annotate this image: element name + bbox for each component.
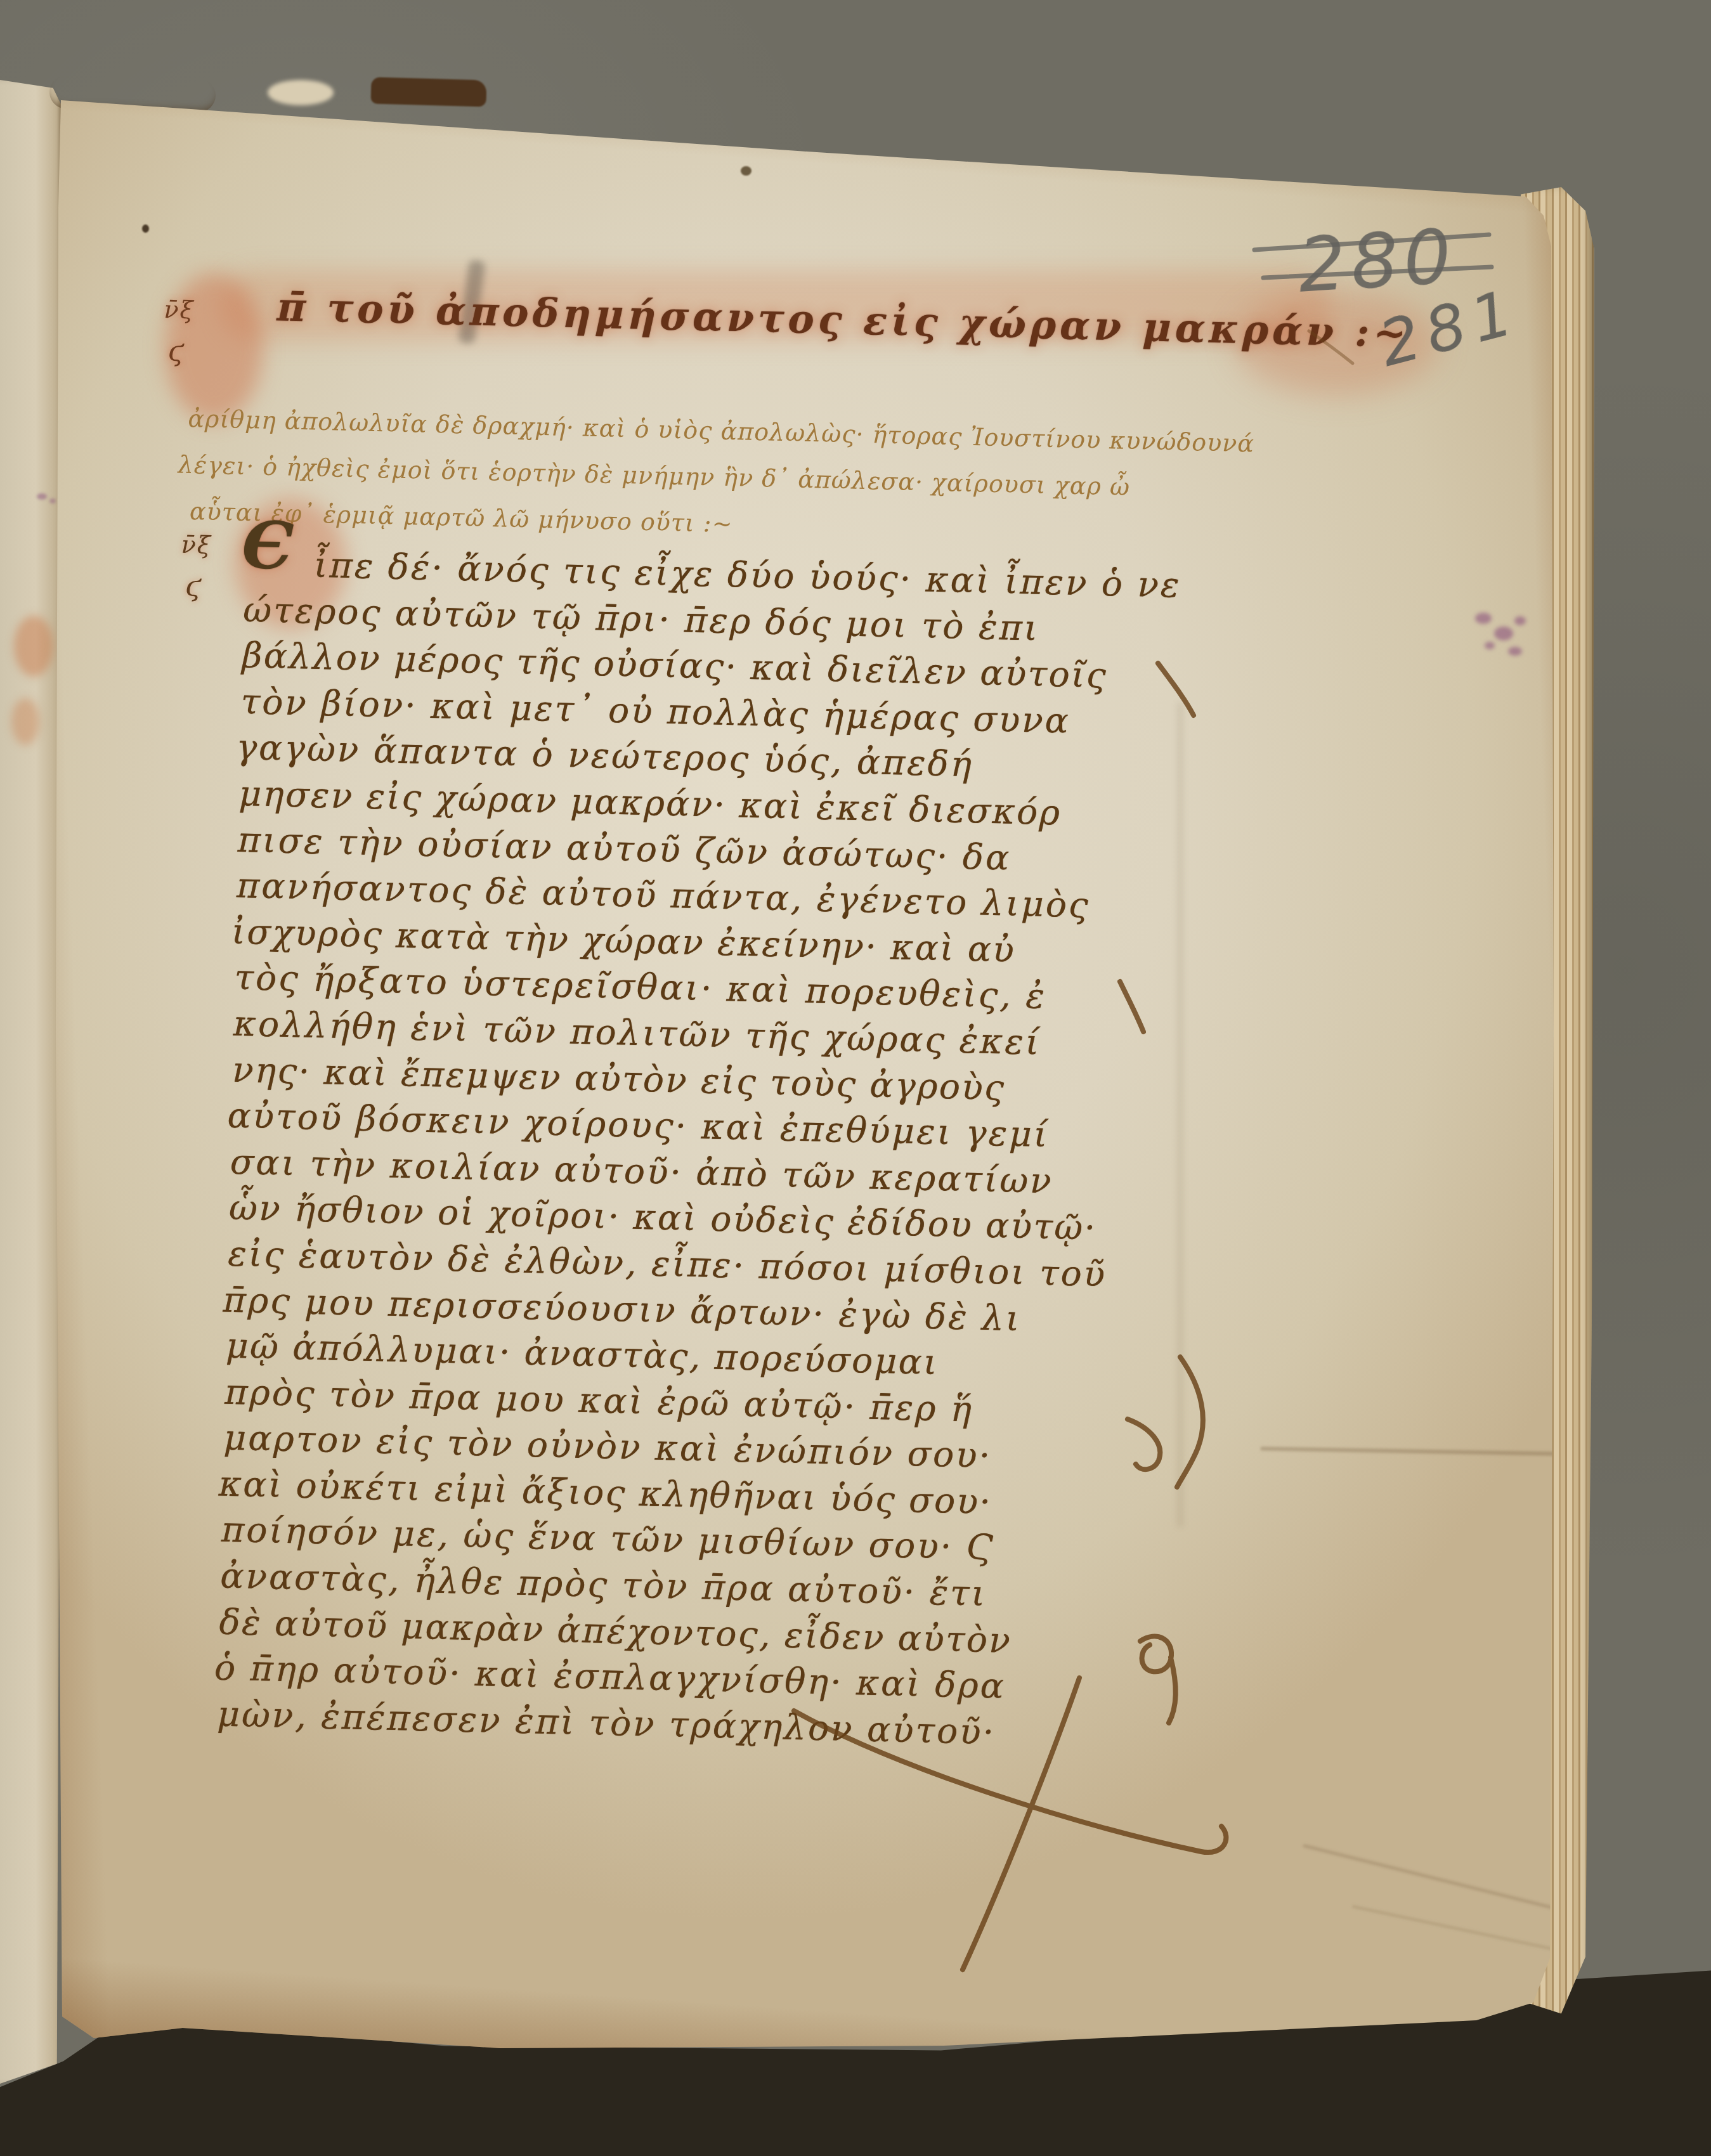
purple-stain	[37, 493, 47, 500]
facing-page-edge	[0, 80, 65, 2084]
chapter-mark-body: ν̄ξ ϛ	[179, 524, 212, 608]
chapter-mark-bottom: ϛ	[162, 330, 194, 373]
leather-tab	[370, 77, 486, 107]
frayed-thread	[268, 80, 334, 105]
stain	[14, 616, 53, 677]
purple-stain	[49, 498, 56, 503]
rubric-title: π̄ τοῦ ἀποδημήσαντος εἰς χώραν μακράν :~	[276, 283, 1410, 356]
body-text-block: ἶπε δέ· ἄνός τις εἶχε δύο ὑούς· καὶ ἶπεν…	[217, 540, 1182, 1759]
chapter-mark-bottom: ϛ	[179, 566, 211, 608]
chapter-mark-top: ν̄ξ	[181, 524, 212, 566]
stain	[11, 698, 39, 745]
marginal-scholion: ἀρίθμη ἀπολωλυῖα δὲ δραχμή· καὶ ὁ υἱὸς ἀ…	[185, 396, 1255, 560]
manuscript-photo: 280 281 ν̄ξ ϛ π̄ τοῦ ἀποδημήσαντος εἰς χ…	[0, 0, 1711, 2156]
manuscript-page: 280 281 ν̄ξ ϛ π̄ τοῦ ἀποδημήσαντος εἰς χ…	[56, 81, 1591, 2072]
chapter-mark-title: ν̄ξ ϛ	[162, 289, 195, 373]
chapter-mark-top: ν̄ξ	[164, 289, 195, 331]
text-layer: 280 281 ν̄ξ ϛ π̄ τοῦ ἀποδημήσαντος εἰς χ…	[13, 77, 1594, 2103]
